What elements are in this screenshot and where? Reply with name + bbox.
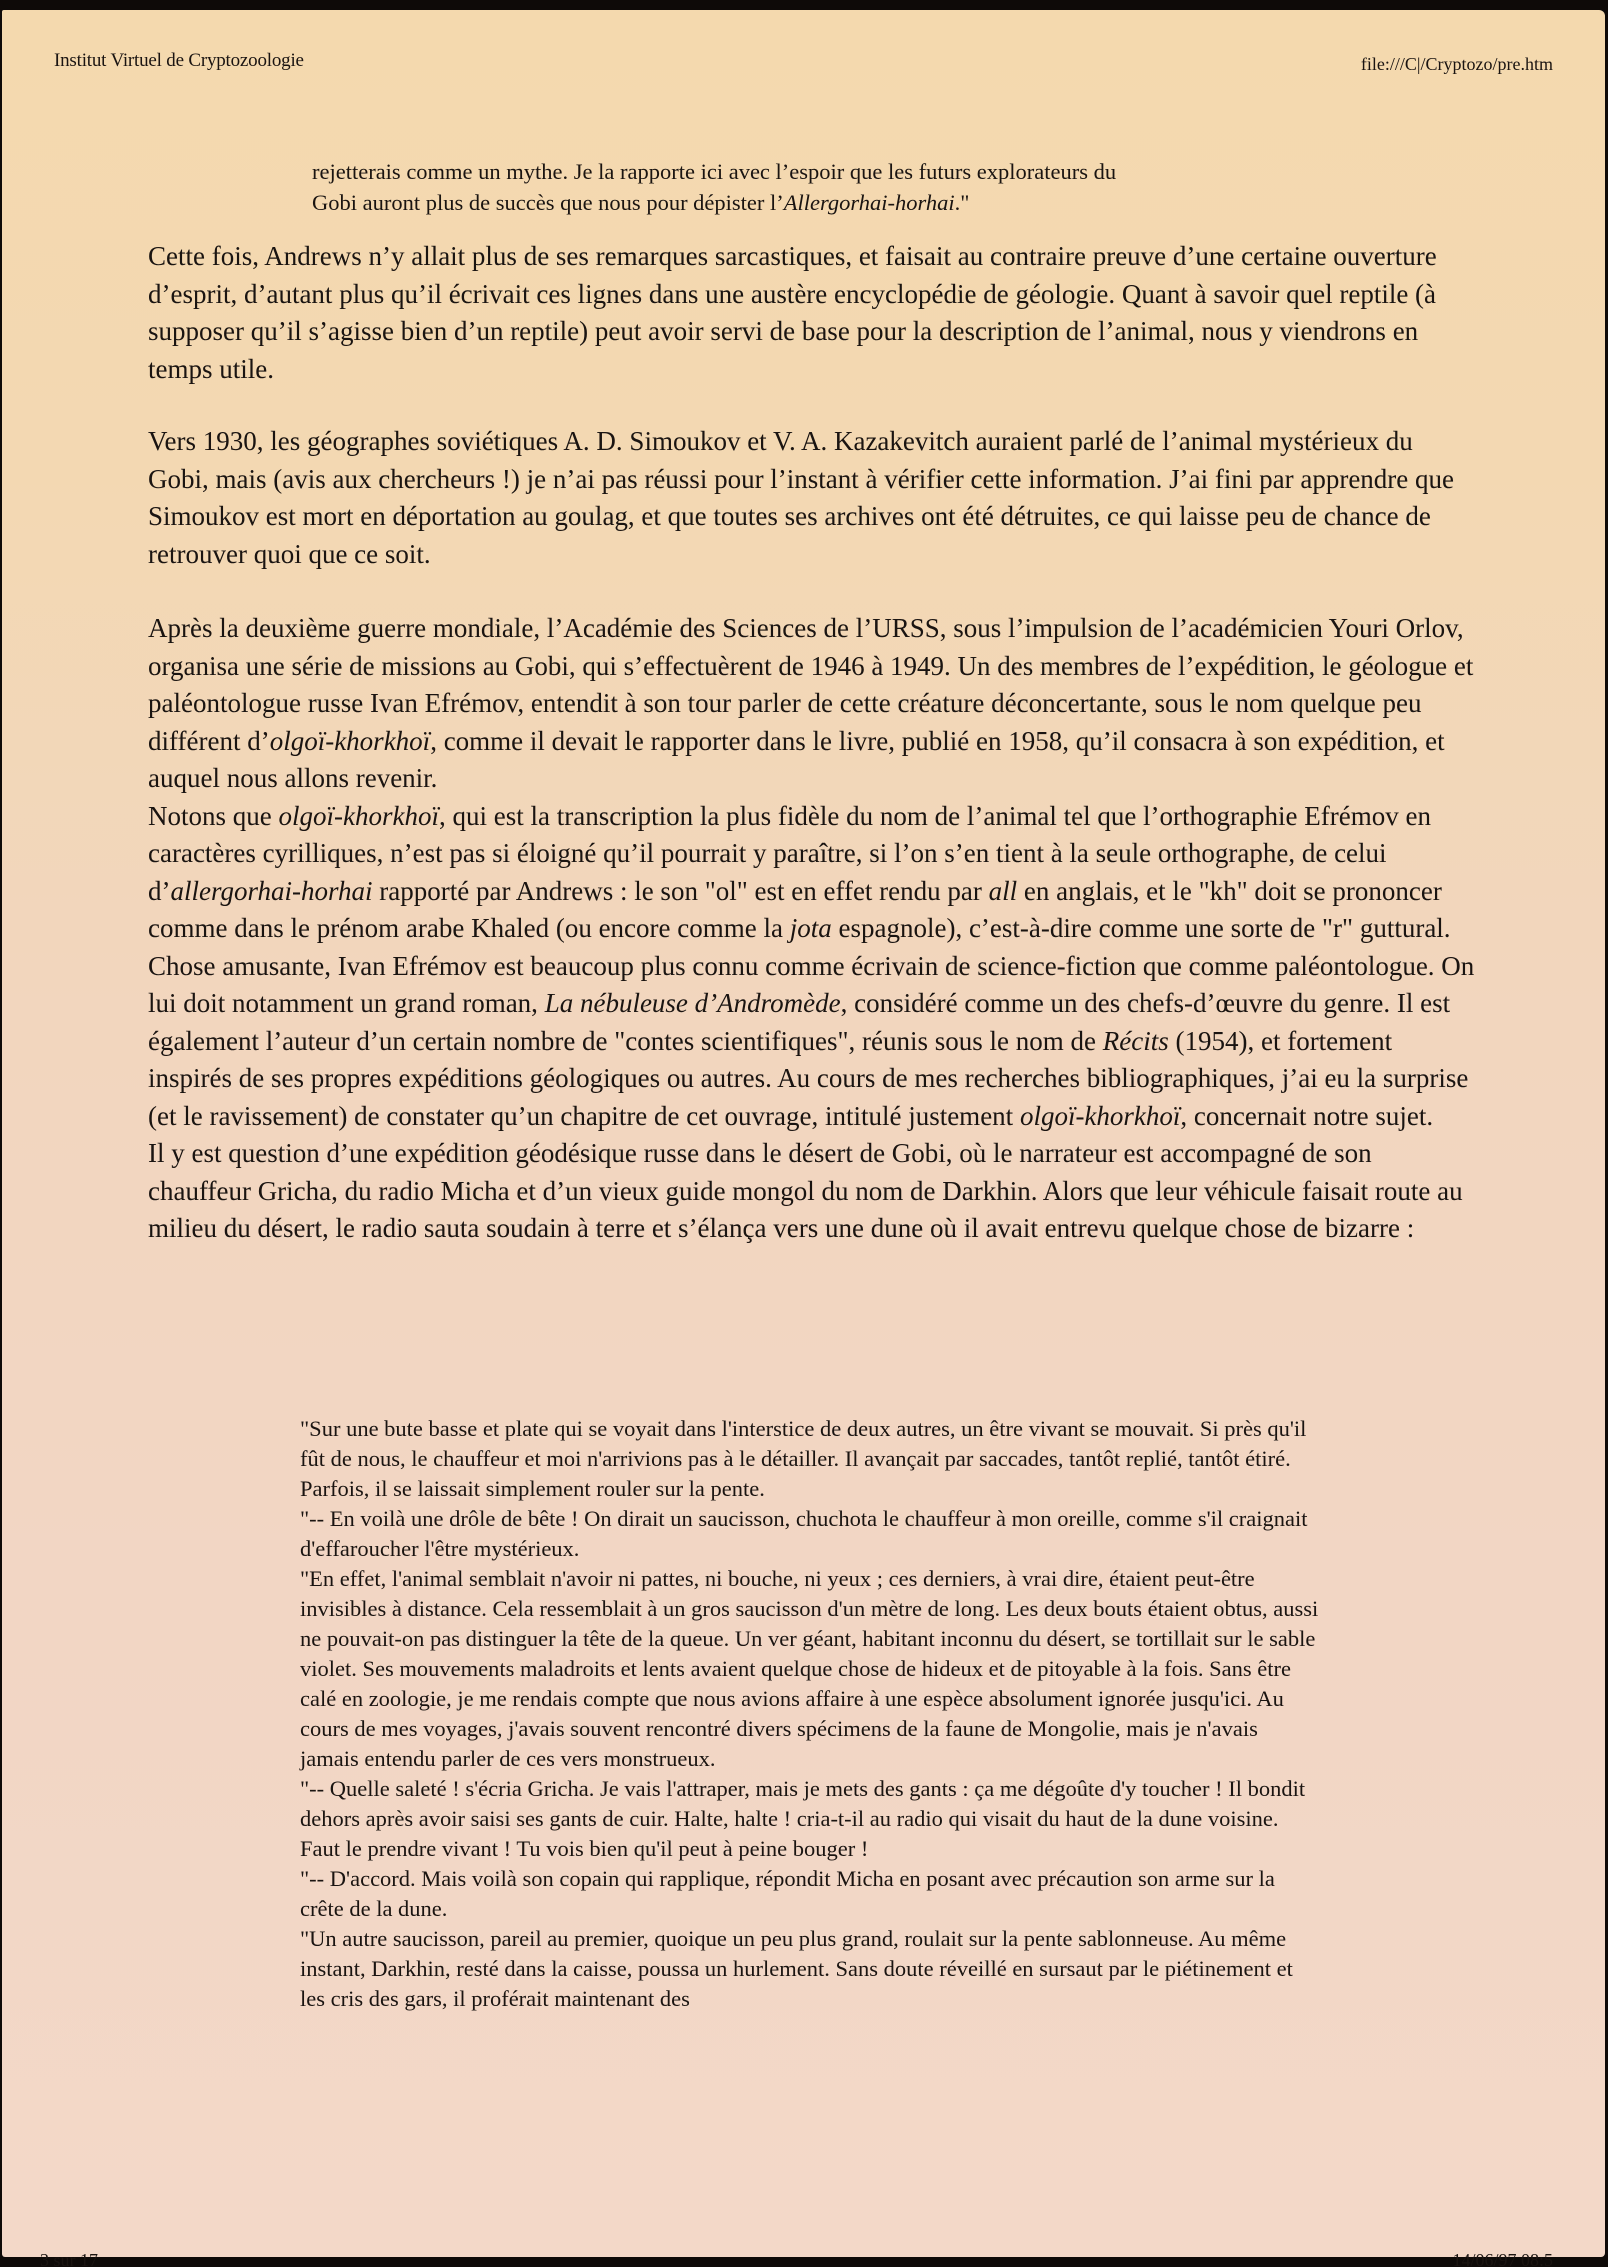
quote-paragraph: "-- D'accord. Mais voilà son copain qui … — [300, 1864, 1320, 1924]
intro-quote-line-1: rejetterais comme un mythe. Je la rappor… — [312, 156, 1312, 187]
text-run: , concernait notre sujet. — [1180, 1101, 1433, 1131]
page-indicator: 3 sur 17 — [40, 2250, 98, 2267]
paragraph-text: Cette fois, Andrews n’y allait plus de s… — [148, 238, 1478, 388]
quote-paragraph: "En effet, l'animal semblait n'avoir ni … — [300, 1564, 1320, 1774]
creature-name-italic: olgoï-khorkhoï — [270, 726, 430, 756]
quote-paragraph: "Un autre saucisson, pareil au premier, … — [300, 1924, 1320, 2014]
paragraph-expedition: Après la deuxième guerre mondiale, l’Aca… — [148, 610, 1478, 798]
text-run: Notons que — [148, 801, 279, 831]
creature-name-italic: allergorhai-horhai — [171, 876, 373, 906]
story-excerpt-quote: "Sur une bute basse et plate qui se voya… — [300, 1414, 1320, 2014]
print-datetime: 14/06/97 08:5 — [1452, 2250, 1553, 2267]
paragraph-efremov-section: Après la deuxième guerre mondiale, l’Aca… — [148, 610, 1478, 1248]
creature-name-italic: olgoï-khorkhoï — [1020, 1101, 1180, 1131]
word-italic: all — [989, 876, 1018, 906]
paragraph-text: Vers 1930, les géographes soviétiques A.… — [148, 423, 1478, 573]
paragraph-science-fiction: Chose amusante, Ivan Efrémov est beaucou… — [148, 948, 1478, 1136]
book-title-italic: La nébuleuse d’Andromède — [545, 988, 841, 1018]
text-run: ." — [955, 190, 970, 215]
quote-paragraph: "-- Quelle saleté ! s'écria Gricha. Je v… — [300, 1774, 1320, 1864]
intro-quote-line-2: Gobi auront plus de succès que nous pour… — [312, 187, 1312, 218]
book-title-italic: Récits — [1103, 1026, 1169, 1056]
word-italic: jota — [790, 913, 832, 943]
quote-paragraph: "Sur une bute basse et plate qui se voya… — [300, 1414, 1320, 1504]
intro-quote: rejetterais comme un mythe. Je la rappor… — [312, 156, 1312, 218]
printed-page: Institut Virtuel de Cryptozoologie file:… — [2, 10, 1605, 2257]
paragraph-simoukov: Vers 1930, les géographes soviétiques A.… — [148, 423, 1478, 573]
creature-name-italic: olgoï-khorkhoï — [279, 801, 439, 831]
page-header-site-title: Institut Virtuel de Cryptozoologie — [54, 50, 304, 72]
creature-name-italic: Allergorhai-horhai — [784, 190, 955, 215]
text-run: Gobi auront plus de succès que nous pour… — [312, 190, 784, 215]
text-run: rapporté par Andrews : le son "ol" est e… — [373, 876, 989, 906]
paragraph-story-setup: Il y est question d’une expédition géodé… — [148, 1135, 1478, 1248]
quote-paragraph: "-- En voilà une drôle de bête ! On dira… — [300, 1504, 1320, 1564]
paragraph-andrews: Cette fois, Andrews n’y allait plus de s… — [148, 238, 1478, 388]
page-header-file-path: file:///C|/Cryptozo/pre.htm — [1361, 54, 1553, 75]
paragraph-transcription: Notons que olgoï-khorkhoï, qui est la tr… — [148, 798, 1478, 948]
text-run: espagnole), c’est-à-dire comme une sorte… — [832, 913, 1451, 943]
